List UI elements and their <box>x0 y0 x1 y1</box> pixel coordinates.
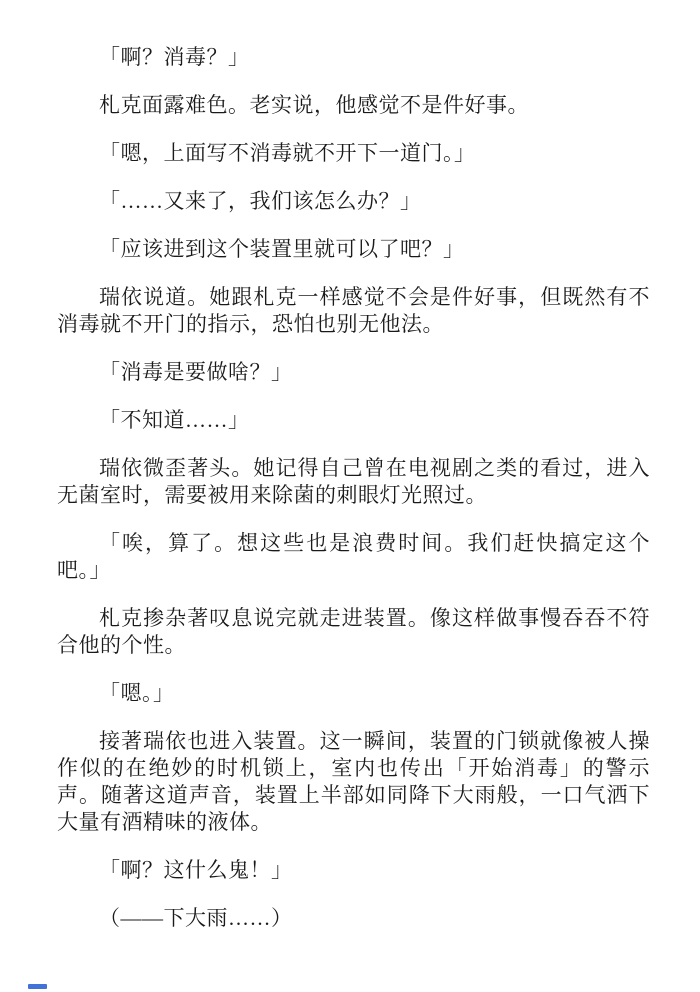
paragraph-dialogue-4: 「应该进到这个装置里就可以了吧？」 <box>57 236 650 263</box>
paragraph-dialogue-7: 「唉，算了。想这些也是浪费时间。我们赶快搞定这个吧。」 <box>57 530 650 584</box>
paragraph-narration-2: 瑞依说道。她跟札克一样感觉不会是件好事，但既然有不消毒就不开门的指示，恐怕也别无… <box>57 284 650 338</box>
paragraph-narration-3: 瑞依微歪著头。她记得自己曾在电视剧之类的看过，进入无菌室时，需要被用来除菌的刺眼… <box>57 455 650 509</box>
paragraph-narration-4: 札克掺杂著叹息说完就走进装置。像这样做事慢吞吞不符合他的个性。 <box>57 605 650 659</box>
page-bottom-marker <box>28 984 47 989</box>
document-page: 「啊？消毒？」 札克面露难色。老实说，他感觉不是件好事。 「嗯，上面写不消毒就不… <box>57 44 650 953</box>
paragraph-dialogue-9: 「啊？这什么鬼！」 <box>57 857 650 884</box>
paragraph-dialogue-3: 「……又来了，我们该怎么办？」 <box>57 188 650 215</box>
paragraph-dialogue-5: 「消毒是要做啥？」 <box>57 359 650 386</box>
paragraph-dialogue-8: 「嗯。」 <box>57 680 650 707</box>
paragraph-thought-1: （——下大雨……） <box>57 905 650 932</box>
paragraph-narration-1: 札克面露难色。老实说，他感觉不是件好事。 <box>57 92 650 119</box>
paragraph-narration-5: 接著瑞依也进入装置。这一瞬间，装置的门锁就像被人操作似的在绝妙的时机锁上，室内也… <box>57 728 650 836</box>
paragraph-dialogue-6: 「不知道……」 <box>57 407 650 434</box>
paragraph-dialogue-2: 「嗯，上面写不消毒就不开下一道门。」 <box>57 140 650 167</box>
paragraph-dialogue-1: 「啊？消毒？」 <box>57 44 650 71</box>
